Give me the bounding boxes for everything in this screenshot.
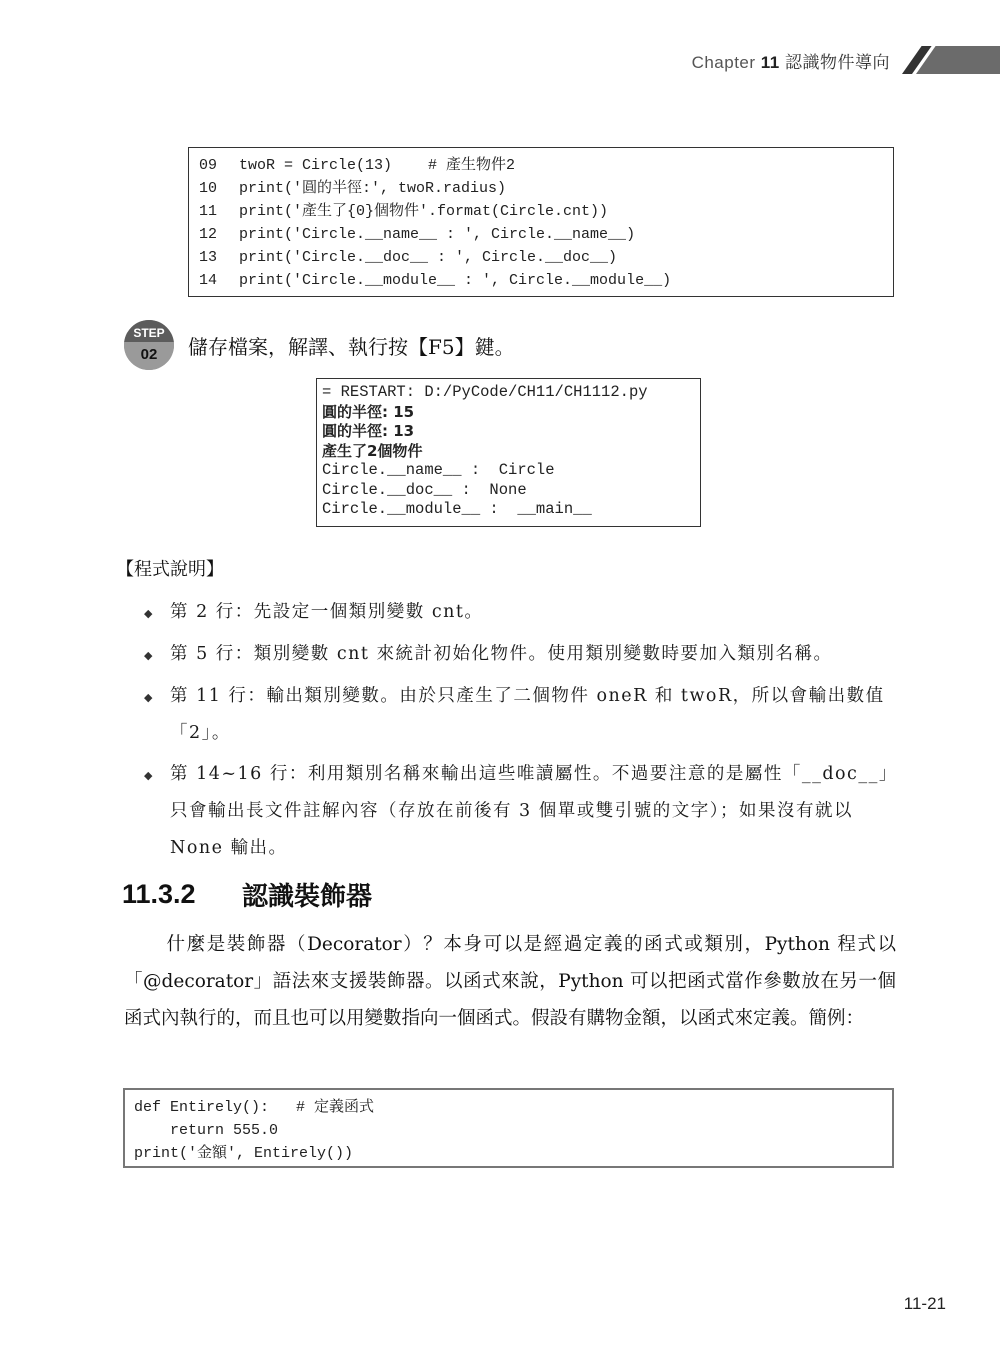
- section-number: 11.3.2: [122, 879, 242, 910]
- code-text: twoR = Circle(13) # 產生物件2: [239, 154, 515, 177]
- step-badge-number: 02: [124, 342, 174, 370]
- code-text: print('產生了{0}個物件'.format(Circle.cnt)): [239, 200, 608, 223]
- list-item: ◆ 第 2 行：先設定一個類別變數 cnt。: [144, 594, 904, 632]
- code-line: print('金額', Entirely()): [134, 1142, 883, 1165]
- code-line: def Entirely(): # 定義函式: [134, 1096, 883, 1119]
- chapter-number: 11: [761, 53, 780, 72]
- output-line: Circle.__doc__ : None: [322, 481, 695, 501]
- line-number: 11: [199, 200, 239, 223]
- header-decoration-bar: [900, 46, 1000, 74]
- step-text: 儲存檔案，解譯、執行按【F5】鍵。: [188, 331, 515, 360]
- explanation-list: ◆ 第 2 行：先設定一個類別變數 cnt。 ◆ 第 5 行：類別變數 cnt …: [144, 594, 904, 871]
- output-line: 圓的半徑: 13: [322, 422, 695, 442]
- bullet-text: 第 2 行：先設定一個類別變數 cnt。: [170, 594, 904, 632]
- output-line: 產生了2個物件: [322, 442, 695, 462]
- output-line: Circle.__name__ : Circle: [322, 461, 695, 481]
- diamond-bullet-icon: ◆: [144, 594, 170, 632]
- code-line: 14print('Circle.__module__ : ', Circle._…: [199, 269, 883, 292]
- page-number: 11-21: [904, 1294, 946, 1314]
- code-text: print('Circle.__name__ : ', Circle.__nam…: [239, 223, 635, 246]
- diamond-bullet-icon: ◆: [144, 636, 170, 674]
- line-number: 13: [199, 246, 239, 269]
- code-line: return 555.0: [134, 1119, 883, 1142]
- chapter-word: Chapter: [692, 53, 756, 72]
- line-number: 09: [199, 154, 239, 177]
- output-line: 圓的半徑: 15: [322, 403, 695, 423]
- section-title: 認識裝飾器: [242, 876, 372, 913]
- explanation-title: 【程式說明】: [116, 555, 224, 581]
- code-line: 10print('圓的半徑:', twoR.radius): [199, 177, 883, 200]
- line-number: 12: [199, 223, 239, 246]
- line-number: 14: [199, 269, 239, 292]
- bullet-text: 第 11 行：輸出類別變數。由於只產生了二個物件 oneR 和 twoR，所以會…: [170, 678, 904, 752]
- step-instruction: STEP 02 儲存檔案，解譯、執行按【F5】鍵。: [124, 320, 515, 370]
- bullet-text: 第 5 行：類別變數 cnt 來統計初始化物件。使用類別變數時要加入類別名稱。: [170, 636, 904, 674]
- code-line: 13print('Circle.__doc__ : ', Circle.__do…: [199, 246, 883, 269]
- output-line: Circle.__module__ : __main__: [322, 500, 695, 520]
- chapter-label: Chapter 11 認識物件導向: [692, 48, 890, 73]
- shell-output: = RESTART: D:/PyCode/CH11/CH1112.py 圓的半徑…: [316, 378, 701, 527]
- output-line: = RESTART: D:/PyCode/CH11/CH1112.py: [322, 383, 695, 403]
- list-item: ◆ 第 11 行：輸出類別變數。由於只產生了二個物件 oneR 和 twoR，所…: [144, 678, 904, 752]
- code-listing-1: 09twoR = Circle(13) # 產生物件2 10print('圓的半…: [188, 147, 894, 297]
- section-paragraph: 什麼是裝飾器（Decorator）？本身可以是經過定義的函式或類別，Python…: [124, 926, 896, 1037]
- list-item: ◆ 第 14~16 行：利用類別名稱來輸出這些唯讀屬性。不過要注意的是屬性「__…: [144, 756, 904, 867]
- code-line: 11print('產生了{0}個物件'.format(Circle.cnt)): [199, 200, 883, 223]
- code-text: print('Circle.__doc__ : ', Circle.__doc_…: [239, 246, 617, 269]
- bullet-text: 第 14~16 行：利用類別名稱來輸出這些唯讀屬性。不過要注意的是屬性「__do…: [170, 756, 904, 867]
- code-text: print('圓的半徑:', twoR.radius): [239, 177, 506, 200]
- step-badge-label: STEP: [124, 320, 174, 342]
- diamond-bullet-icon: ◆: [144, 678, 170, 752]
- section-heading: 11.3.2 認識裝飾器: [122, 876, 372, 913]
- chapter-header: Chapter 11 認識物件導向: [692, 44, 1000, 76]
- code-listing-2: def Entirely(): # 定義函式 return 555.0 prin…: [123, 1088, 894, 1168]
- step-badge-icon: STEP 02: [124, 320, 174, 370]
- code-line: 12print('Circle.__name__ : ', Circle.__n…: [199, 223, 883, 246]
- code-text: print('Circle.__module__ : ', Circle.__m…: [239, 269, 671, 292]
- diamond-bullet-icon: ◆: [144, 756, 170, 867]
- list-item: ◆ 第 5 行：類別變數 cnt 來統計初始化物件。使用類別變數時要加入類別名稱…: [144, 636, 904, 674]
- line-number: 10: [199, 177, 239, 200]
- code-line: 09twoR = Circle(13) # 產生物件2: [199, 154, 883, 177]
- chapter-title: 認識物件導向: [785, 53, 890, 73]
